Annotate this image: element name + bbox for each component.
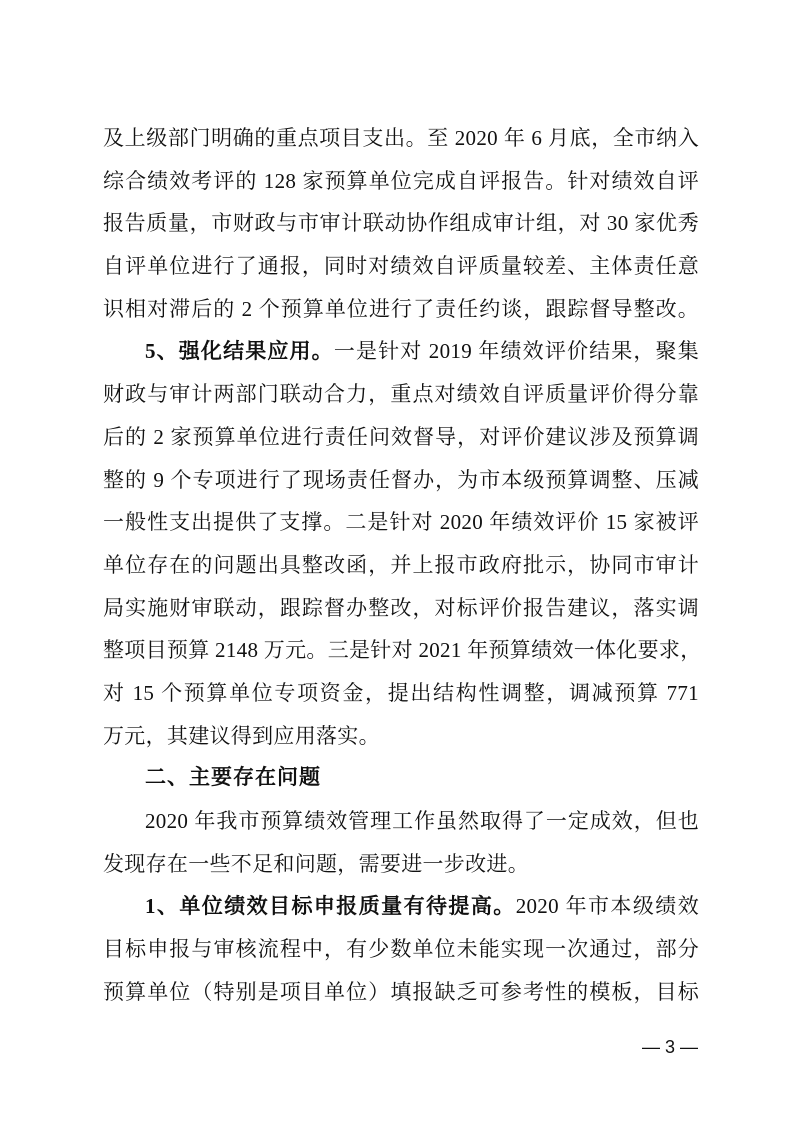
para-carryover-self-evaluation-line-2: 综合绩效考评的 128 家预算单位完成自评报告。针对绩效自评 [103, 160, 699, 203]
body-text-segment: 一是针对 2019 年绩效评价结果，聚集 [334, 339, 699, 363]
body-text-segment: 万元，其建议得到应用落实。 [103, 724, 380, 748]
para-5-result-application-line-8: 整项目预算 2148 万元。三是针对 2021 年预算绩效一体化要求， [103, 629, 699, 672]
body-text-segment: 财政与审计两部门联动合力，重点对绩效自评质量评价得分靠 [103, 382, 699, 406]
body-text-segment: 单位存在的问题出具整改函，并上报市政府批示，协同市审计 [103, 553, 699, 577]
para-1-target-declaration-quality-line-2: 目标申报与审核流程中，有少数单位未能实现一次通过，部分 [103, 928, 699, 971]
body-text-segment: 自评单位进行了通报，同时对绩效自评质量较差、主体责任意 [103, 254, 699, 278]
body-text-segment: 及上级部门明确的重点项目支出。至 2020 年 6 月底，全市纳入 [103, 126, 699, 150]
body-text-segment: 一般性支出提供了支撑。二是针对 2020 年绩效评价 15 家被评 [103, 510, 699, 534]
body-text-segment: 整项目预算 2148 万元。三是针对 2021 年预算绩效一体化要求， [103, 638, 702, 662]
body-text-segment: 目标申报与审核流程中，有少数单位未能实现一次通过，部分 [103, 937, 699, 961]
body-text-segment: 2020 年市本级绩效 [516, 894, 699, 918]
document-page: 及上级部门明确的重点项目支出。至 2020 年 6 月底，全市纳入综合绩效考评的… [0, 0, 793, 1122]
para-2020-overview-line-1: 2020 年我市预算绩效管理工作虽然取得了一定成效，但也 [103, 800, 699, 843]
para-5-result-application-line-1: 5、强化结果应用。一是针对 2019 年绩效评价结果，聚集 [103, 330, 699, 373]
bold-text-segment: 5、强化结果应用。 [145, 339, 334, 363]
para-carryover-self-evaluation-line-5: 识相对滞后的 2 个预算单位进行了责任约谈，跟踪督导整改。 [103, 288, 699, 331]
para-1-target-declaration-quality-line-1: 1、单位绩效目标申报质量有待提高。2020 年市本级绩效 [103, 885, 699, 928]
para-5-result-application-line-4: 整的 9 个专项进行了现场责任督办，为市本级预算调整、压减 [103, 459, 699, 502]
body-text-segment: 综合绩效考评的 128 家预算单位完成自评报告。针对绩效自评 [103, 169, 699, 193]
para-1-target-declaration-quality-line-3: 预算单位（特别是项目单位）填报缺乏可参考性的模板，目标 [103, 971, 699, 1014]
para-carryover-self-evaluation-line-1: 及上级部门明确的重点项目支出。至 2020 年 6 月底，全市纳入 [103, 117, 699, 160]
para-5-result-application-line-9: 对 15 个预算单位专项资金，提出结构性调整，调减预算 771 [103, 672, 699, 715]
para-2020-overview-line-2: 发现存在一些不足和问题，需要进一步改进。 [103, 843, 699, 886]
body-text-segment: 发现存在一些不足和问题，需要进一步改进。 [103, 852, 529, 876]
para-5-result-application-line-2: 财政与审计两部门联动合力，重点对绩效自评质量评价得分靠 [103, 373, 699, 416]
para-5-result-application-line-5: 一般性支出提供了支撑。二是针对 2020 年绩效评价 15 家被评 [103, 501, 699, 544]
body-text-segment: 后的 2 家预算单位进行责任问效督导，对评价建议涉及预算调 [103, 425, 699, 449]
para-carryover-self-evaluation-line-3: 报告质量，市财政与市审计联动协作组成审计组，对 30 家优秀 [103, 202, 699, 245]
body-text-segment: 整的 9 个专项进行了现场责任督办，为市本级预算调整、压减 [103, 468, 699, 492]
page-number: — 3 — [640, 1036, 700, 1058]
para-5-result-application-line-3: 后的 2 家预算单位进行责任问效督导，对评价建议涉及预算调 [103, 416, 699, 459]
body-text-segment: 报告质量，市财政与市审计联动协作组成审计组，对 30 家优秀 [103, 211, 699, 235]
bold-text-segment: 1、单位绩效目标申报质量有待提高。 [145, 894, 516, 918]
bold-text-segment: 二、主要存在问题 [145, 766, 321, 789]
para-5-result-application-line-6: 单位存在的问题出具整改函，并上报市政府批示，协同市审计 [103, 544, 699, 587]
para-5-result-application-line-7: 局实施财审联动，跟踪督办整改，对标评价报告建议，落实调 [103, 587, 699, 630]
para-5-result-application-line-10: 万元，其建议得到应用落实。 [103, 715, 699, 758]
heading-section-2-main-problems-line-1: 二、主要存在问题 [103, 757, 699, 800]
body-text-segment: 对 15 个预算单位专项资金，提出结构性调整，调减预算 771 [103, 681, 699, 705]
document-body: 及上级部门明确的重点项目支出。至 2020 年 6 月底，全市纳入综合绩效考评的… [103, 117, 699, 1013]
body-text-segment: 识相对滞后的 2 个预算单位进行了责任约谈，跟踪督导整改。 [103, 297, 699, 321]
body-text-segment: 2020 年我市预算绩效管理工作虽然取得了一定成效，但也 [145, 809, 699, 833]
para-carryover-self-evaluation-line-4: 自评单位进行了通报，同时对绩效自评质量较差、主体责任意 [103, 245, 699, 288]
body-text-segment: 局实施财审联动，跟踪督办整改，对标评价报告建议，落实调 [103, 596, 699, 620]
body-text-segment: 预算单位（特别是项目单位）填报缺乏可参考性的模板，目标 [103, 980, 699, 1004]
